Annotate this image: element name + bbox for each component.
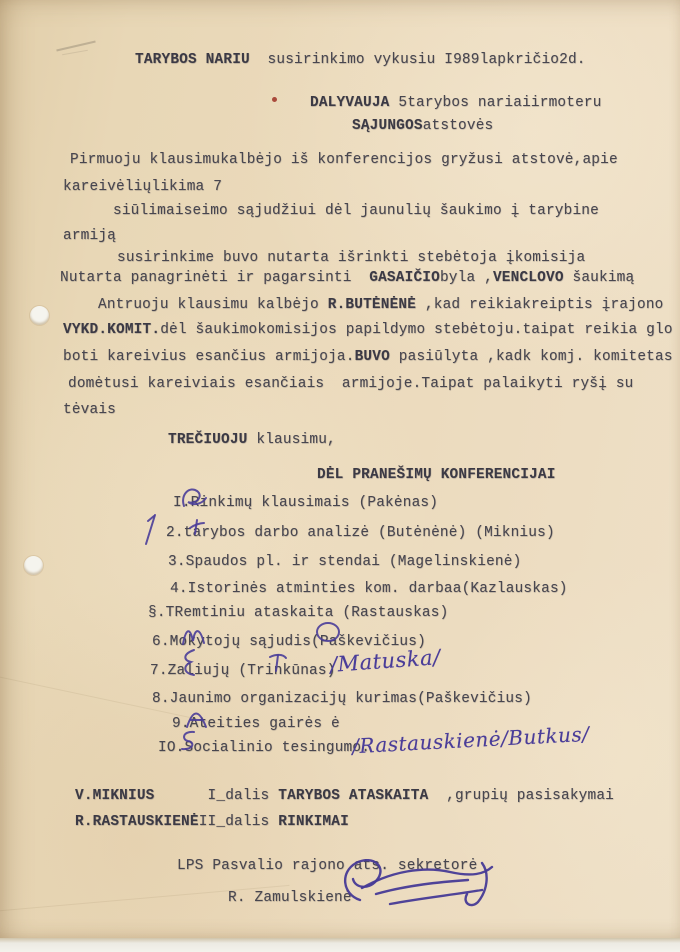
paper-page: TARYBOS NARIU susirinkimo vykusiu I989la… <box>0 0 680 938</box>
signature <box>330 846 510 926</box>
list-item-3: 3.Spaudos pl. ir stendai (Magelinskienė) <box>168 552 521 572</box>
body-line: armiją <box>63 226 116 246</box>
body-line: domėtusi kareiviais esančiais armijoje.T… <box>68 374 634 394</box>
name-caps: VYKD.KOMIT. <box>63 322 160 338</box>
body-line: susirinkime buvo nutarta išrinkti stebėt… <box>117 248 585 268</box>
scanned-meeting-minutes: { "document": { "header": { "title": ["T… <box>0 0 680 952</box>
assign-seg: I_dalis <box>155 788 279 804</box>
punch-hole-top <box>30 306 49 325</box>
scanner-background <box>0 938 680 952</box>
union-caps: SĄJUNGOS <box>352 118 423 134</box>
body-seg: dėl šaukimokomisijos papildymo stebėtoju… <box>160 322 672 338</box>
list-item-5: §.TRemtiniu ataskaita (Rastauskas) <box>148 603 448 623</box>
body-seg: Antruoju klausimu kalbėjo <box>98 297 328 313</box>
name-caps: BUVO <box>355 349 390 365</box>
attendance-line-1: DALYVAUJA 5tarybos nariaiirmoteru <box>310 93 602 113</box>
list-item-1: I.Rinkimų klausimais (Pakėnas) <box>173 493 438 513</box>
handwriting-tick-item2 <box>142 513 158 547</box>
reports-heading: DĖL PRANEŠIMŲ KONFERENCIJAI <box>317 465 556 485</box>
assign-caps: TARYBOS ATASKAITA <box>278 788 428 804</box>
title-rest: susirinkimo vykusiu I989lapkričio2d. <box>250 52 586 68</box>
body-seg: šaukimą <box>564 270 635 286</box>
assign-caps: RINKIMAI <box>278 814 349 830</box>
body-line: tėvais <box>63 400 116 420</box>
handwriting-circle-item6 <box>314 620 342 644</box>
handwriting-mark-item7 <box>178 648 200 678</box>
handwritten-note-item10: /Rastauskienė/Butkus/ <box>352 722 590 758</box>
handwriting-mark-trinkunas <box>268 652 288 674</box>
body-line: Pirmuoju klausimukalbėjo iš konferencijo… <box>70 150 618 170</box>
punch-hole-bottom <box>24 556 43 575</box>
handwriting-cross-item2 <box>188 518 206 536</box>
body-seg: ,kad reikiakreiptis įrajono <box>416 297 663 313</box>
name-caps: R.BUTĖNĖNĖ <box>328 297 416 313</box>
assign-seg: II_dalis <box>199 814 279 830</box>
pencil-mark <box>56 41 95 52</box>
body-seg: pasiūlyta ,kadk komj. komitetas <box>390 349 673 365</box>
body-line: boti kareivius esančius armijoja.BUVO pa… <box>63 347 673 367</box>
name-caps: VENCLOVO <box>493 270 564 286</box>
handwriting-mark-item10 <box>178 728 198 754</box>
heading-caps: TREČIUOJU <box>168 432 248 448</box>
name-caps: V.MIKNIUS <box>75 788 155 804</box>
assignment-line-1: V.MIKNIUS I_dalis TARYBOS ATASKAITA ,gru… <box>75 786 614 806</box>
attendance-line-2: SĄJUNGOSatstovės <box>352 116 493 136</box>
heading-rest: klausimu, <box>248 432 336 448</box>
name-caps: R.RASTAUSKIENĖ <box>75 814 199 830</box>
body-seg: byla , <box>440 270 493 286</box>
body-line: Nutarta panagrinėti ir pagarsinti GASAIČ… <box>60 268 634 288</box>
body-seg: boti kareivius esančius armijoja. <box>63 349 355 365</box>
title-line: TARYBOS NARIU susirinkimo vykusiu I989la… <box>135 50 586 70</box>
body-line: Antruoju klausimu kalbėjo R.BUTĖNĖNĖ ,ka… <box>98 295 664 315</box>
third-question-heading: TREČIUOJU klausimu, <box>168 430 336 450</box>
handwriting-mark-item1 <box>180 486 210 512</box>
body-line: siūlimaiseimo sąjudžiui dėl jaunulių šau… <box>113 201 599 221</box>
body-line: VYKD.KOMIT.dėl šaukimokomisijos papildym… <box>63 320 673 340</box>
attendance-rest: 5tarybos nariaiirmoteru <box>390 95 602 111</box>
red-ink-dot <box>272 97 277 102</box>
list-item-2: 2.tarybos darbo analizė (Butėnėnė) (Mikn… <box>166 523 555 543</box>
union-rest: atstovės <box>423 118 494 134</box>
assignment-line-2: R.RASTAUSKIENĖII_dalis RINKIMAI <box>75 812 349 832</box>
title-caps: TARYBOS NARIU <box>135 52 250 68</box>
handwriting-mark-item6 <box>181 624 209 648</box>
body-line: kareivėliųlikima 7 <box>63 177 222 197</box>
pencil-mark <box>62 50 88 55</box>
assign-seg: ,grupių pasisakymai <box>428 788 614 804</box>
attendance-caps: DALYVAUJA <box>310 95 390 111</box>
name-caps: GASAIČIO <box>369 270 440 286</box>
body-seg: Nutarta panagrinėti ir pagarsinti <box>60 270 369 286</box>
list-item-4: 4.Istorinės atminties kom. darbaa(Kazlau… <box>170 579 568 599</box>
